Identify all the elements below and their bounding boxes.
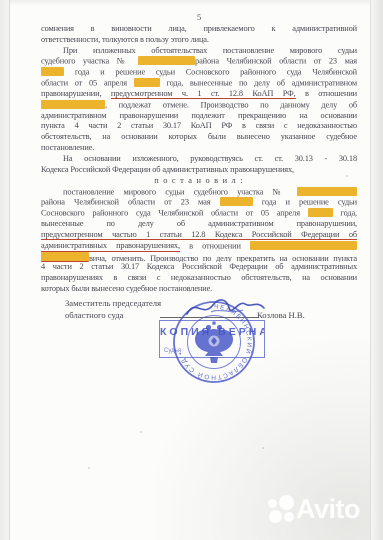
avito-dot-icon: [268, 499, 277, 508]
redaction-box: [41, 100, 105, 109]
redaction-box: [41, 252, 89, 263]
text-run: пункта 4 части 2 статьи 30.17 КоАП РФ в …: [41, 121, 357, 130]
redaction-box: [250, 241, 357, 250]
doc-line: При изложенных обстоятельствах постановл…: [41, 46, 357, 57]
text-run: года,: [333, 209, 357, 218]
doc-line: постановление мирового судьи судебного у…: [41, 187, 357, 198]
doc-line: пункта 4 части 2 статьи 30.17 КоАП РФ в …: [41, 121, 357, 132]
scanned-page: 5сомнения в виновности лица, привлекаемо…: [0, 0, 383, 540]
avito-watermark: Avito: [268, 492, 373, 532]
text-run: 4 части 2 статьи 30.17 Кодекса Российско…: [41, 262, 357, 271]
text-run: года и решение судьи Сосновского районно…: [64, 68, 357, 77]
text-run: ответственности, толкуются в пользу этог…: [41, 35, 209, 44]
text-run: судебного участка №: [41, 57, 138, 66]
document-lines: 5сомнения в виновности лица, привлекаемо…: [41, 13, 357, 295]
scan-speck: [140, 431, 142, 433]
text-run: постановление мирового судьи судебного у…: [63, 187, 297, 196]
text-run: , подлежат отмене. Производство по данно…: [105, 100, 357, 109]
doc-line: На основании изложенного, руководствуясь…: [41, 154, 357, 165]
doc-line: Сосновского районного суда Челябинской о…: [41, 208, 357, 219]
text-run: постановление.: [41, 143, 94, 152]
double-eagle-icon: [195, 322, 233, 364]
doc-line: административных правонарушениях, в отно…: [41, 241, 357, 252]
doc-line: вича, отменить. Производство по делу пре…: [41, 252, 357, 263]
text-run: На основании изложенного, руководствуясь…: [63, 154, 357, 163]
scan-speck: [262, 447, 264, 449]
text-run: обстоятельств, на основании которых были…: [41, 132, 357, 141]
text-run: 5: [197, 13, 201, 22]
doc-line: правонарушениях в связи с недоказанность…: [41, 273, 357, 284]
text-run: в отношении: [296, 89, 357, 98]
doc-line: района Челябинской области от 23 мая год…: [41, 197, 357, 208]
redaction-box: [220, 197, 253, 206]
text-run: правонарушениях в связи с недоказанность…: [41, 273, 357, 282]
text-run: в отношении: [180, 241, 250, 250]
doc-line: постановление.: [41, 143, 357, 154]
handwritten-signature-icon: [183, 294, 267, 322]
avito-watermark-label: Avito: [296, 494, 360, 525]
signer-role-line2: областного суда: [65, 310, 123, 321]
text-run: сомнения в виновности лица, привлекаемог…: [41, 24, 357, 33]
doc-line: 4 части 2 статьи 30.17 Кодекса Российско…: [41, 262, 357, 273]
doc-line: предусмотренном частью 1 статьи 12.8 Код…: [41, 230, 357, 241]
text-run: п о с т а н о в и л :: [154, 176, 244, 185]
text-run: года и решение судьи: [253, 198, 357, 207]
text-run: которых были вынесено судебное постановл…: [41, 284, 212, 293]
doc-line: административном правонарушении подлежит…: [41, 111, 357, 122]
doc-line: правонарушении, предусмотренном ч. 1 ст.…: [41, 89, 357, 100]
signer-role-line1: Заместитель председателя: [65, 298, 161, 309]
doc-line: года и решение судьи Сосновского районно…: [41, 67, 357, 78]
redaction-box: [41, 67, 64, 76]
text-run: района Челябинской области от 23 мая: [41, 198, 220, 207]
doc-line: Кодекса Российской Федерации об админист…: [41, 165, 357, 176]
underlined-text-run: предусмотренном ч. 1 ст. 12.8 КоАП РФ,: [111, 89, 296, 100]
resolution-word: п о с т а н о в и л :: [41, 176, 357, 187]
text-run: Кодекса Российской Федерации об админист…: [41, 165, 294, 174]
doc-line: вынесенные по делу об административном п…: [41, 219, 357, 230]
doc-line: сомнения в виновности лица, привлекаемог…: [41, 24, 357, 35]
avito-dot-icon: [279, 495, 294, 510]
text-run: Производство по делу прекратить на основ…: [145, 254, 357, 263]
text-run: района Челябинской области от 23 мая: [195, 57, 357, 66]
text-run: Сосновского районного суда Челябинской о…: [41, 209, 308, 218]
doc-line: области от 05 апреля года, вынесенные по…: [41, 78, 357, 89]
text-run: вынесенные по делу об административном п…: [41, 219, 357, 228]
redaction-box: [308, 208, 333, 217]
doc-line: , подлежат отмене. Производство по данно…: [41, 100, 357, 111]
scan-edge-left: [0, 0, 10, 540]
redaction-box: [134, 78, 160, 87]
doc-line: ответственности, толкуются в пользу этог…: [41, 35, 357, 46]
scan-edge-top: [0, 0, 383, 6]
doc-line: судебного участка № района Челябинской о…: [41, 56, 357, 67]
scan-speck: [88, 467, 90, 469]
doc-line: обстоятельств, на основании которых были…: [41, 132, 357, 143]
underlined-text-run: предусмотренном частью 1 статьи 12.8 Код…: [41, 230, 357, 241]
avito-dot-icon: [284, 512, 294, 522]
avito-dot-icon: [269, 510, 282, 523]
redaction-box: [138, 56, 195, 65]
scan-edge-right: [370, 0, 383, 540]
text-run: правонарушении,: [41, 89, 111, 98]
text-run: области от 05 апреля: [41, 79, 134, 88]
text-run: административном правонарушении подлежит…: [41, 111, 357, 120]
underlined-text-run: административных правонарушениях,: [41, 241, 180, 251]
text-run: года, вынесенные по делу об администрати…: [160, 79, 357, 88]
underlined-text-run: вича, отменить.: [89, 254, 145, 263]
redaction-box: [297, 187, 357, 196]
page-number: 5: [41, 13, 357, 24]
text-run: При изложенных обстоятельствах постановл…: [63, 46, 357, 55]
